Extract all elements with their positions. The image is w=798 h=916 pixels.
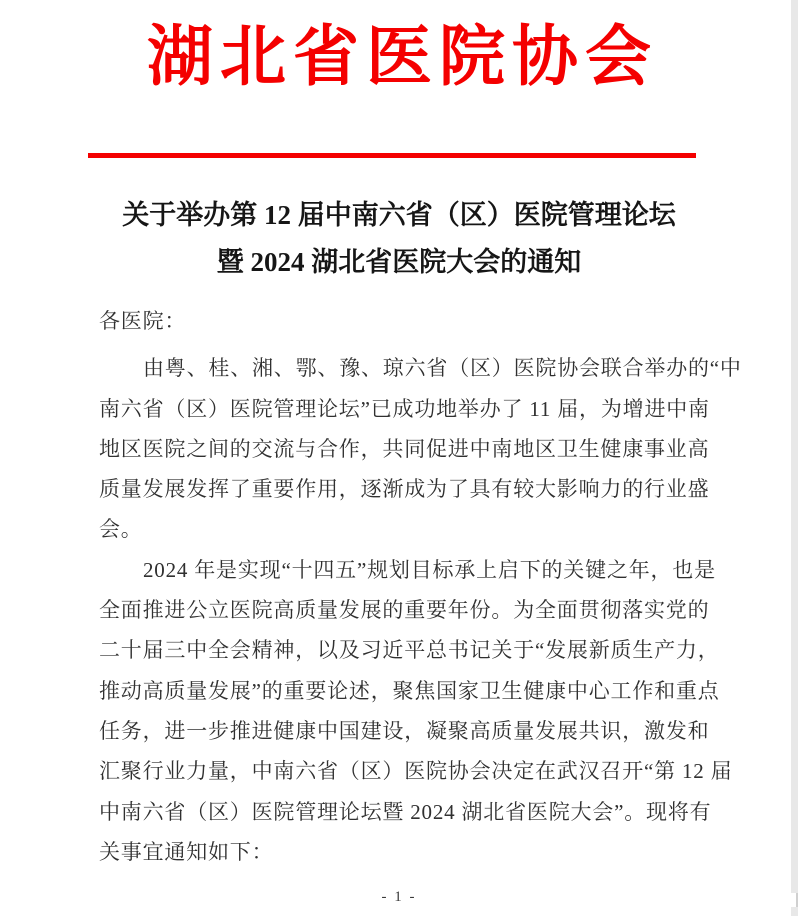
red-divider-rule: [88, 153, 696, 158]
body-line: 地区医院之间的交流与合作，共同促进中南地区卫生健康事业高: [99, 429, 699, 469]
body-line: 关事宜通知如下：: [99, 832, 699, 872]
body-line: 中南六省（区）医院管理论坛暨 2024 湖北省医院大会”。现将有: [99, 792, 699, 832]
body-line: 推动高质量发展”的重要论述，聚焦国家卫生健康中心工作和重点: [99, 671, 699, 711]
salutation: 各医院：: [99, 301, 699, 341]
body-line: 质量发展发挥了重要作用，逐渐成为了具有较大影响力的行业盛: [99, 469, 699, 509]
notice-title-line2: 暨 2024 湖北省医院大会的通知: [0, 239, 798, 286]
notice-title: 关于举办第 12 届中南六省（区）医院管理论坛 暨 2024 湖北省医院大会的通…: [0, 192, 798, 286]
notice-page: 湖北省医院协会 关于举办第 12 届中南六省（区）医院管理论坛 暨 2024 湖…: [0, 0, 798, 916]
notice-title-line1: 关于举办第 12 届中南六省（区）医院管理论坛: [0, 192, 798, 239]
notice-body: 各医院： 由粤、桂、湘、鄂、豫、琼六省（区）医院协会联合举办的“中 南六省（区）…: [99, 301, 699, 872]
body-line: 汇聚行业力量，中南六省（区）医院协会决定在武汉召开“第 12 届: [99, 751, 699, 791]
right-edge-notch: [791, 893, 798, 907]
body-line: 会。: [99, 509, 699, 549]
paragraph-1: 由粤、桂、湘、鄂、豫、琼六省（区）医院协会联合举办的“中 南六省（区）医院管理论…: [99, 348, 699, 549]
body-line: 2024 年是实现“十四五”规划目标承上启下的关键之年，也是: [99, 550, 699, 590]
body-line: 由粤、桂、湘、鄂、豫、琼六省（区）医院协会联合举办的“中: [99, 348, 699, 388]
body-line: 全面推进公立医院高质量发展的重要年份。为全面贯彻落实党的: [99, 590, 699, 630]
paragraph-2: 2024 年是实现“十四五”规划目标承上启下的关键之年，也是 全面推进公立医院高…: [99, 550, 699, 872]
right-edge-gutter: [791, 0, 798, 916]
body-line: 任务，进一步推进健康中国建设，凝聚高质量发展共识，激发和: [99, 711, 699, 751]
org-name-header: 湖北省医院协会: [0, 14, 798, 102]
page-number: - 1 -: [0, 889, 798, 906]
body-line: 南六省（区）医院管理论坛”已成功地举办了 11 届，为增进中南: [99, 389, 699, 429]
body-line: 二十届三中全会精神，以及习近平总书记关于“发展新质生产力，: [99, 630, 699, 670]
